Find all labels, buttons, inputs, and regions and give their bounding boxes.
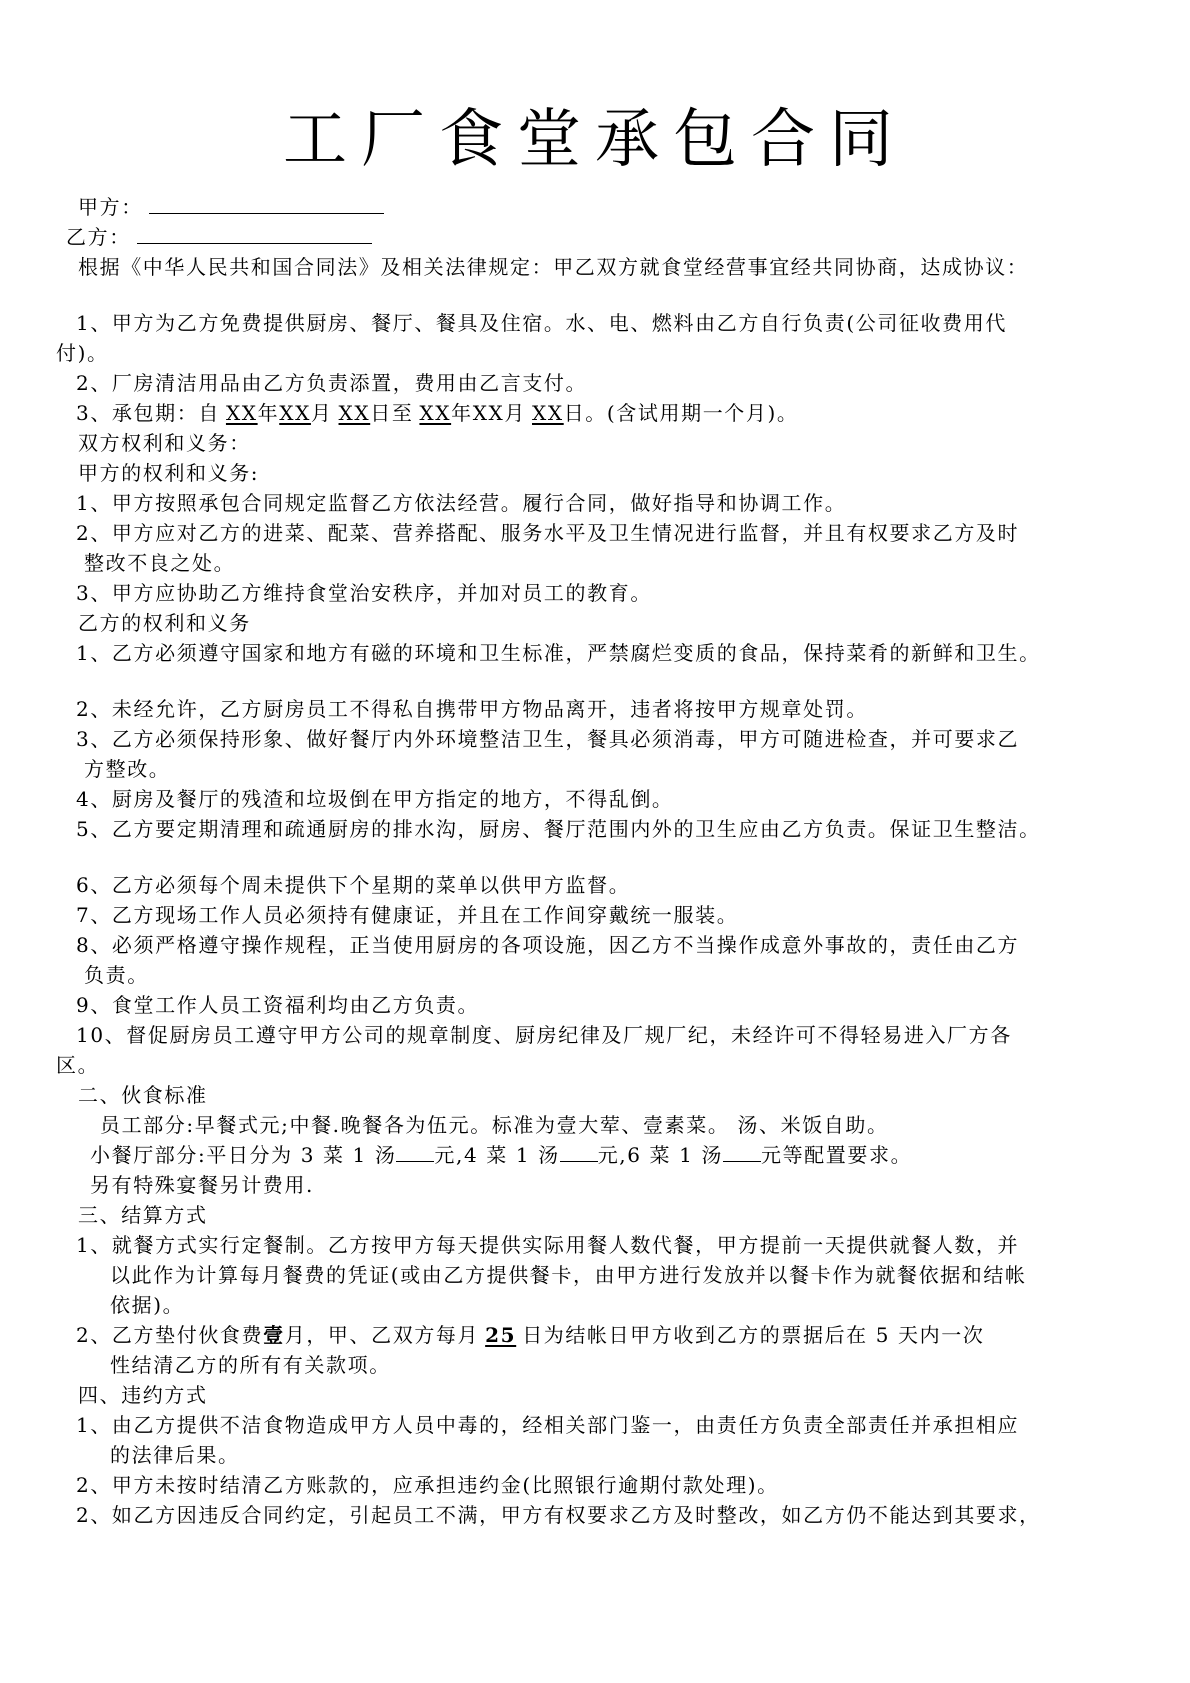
general-item-2: 2、厂房清洁用品由乙方负责添置，费用由乙言支付。 [76,368,587,398]
party-a-item-cont: 整改不良之处。 [84,548,235,578]
party-a-item: 2、甲方应对乙方的进菜、配菜、营养搭配、服务水平及卫生情况进行监督，并且有权要求… [76,518,1019,548]
small-hall-part: 元,4 菜 1 汤 [434,1143,559,1167]
party-b-item-cont: 负责。 [84,960,149,990]
party-b-item: 2、未经允许，乙方厨房员工不得私自携带甲方物品离开，违者将按甲方规章处罚。 [76,694,868,724]
advance-suffix: 日为结帐日甲方收到乙方的票据后在 5 天内一次 [522,1323,984,1347]
section-3-item-1-cont: 以此作为计算每月餐费的凭证(或由乙方提供餐卡，由甲方进行发放并以餐卡作为就餐依据… [110,1260,1027,1290]
contract-page: 工厂食堂承包合同 甲方： 乙方： 根据《中华人民共和国合同法》及相关法律规定：甲… [0,0,1190,1683]
party-b-item-cont: 区。 [56,1050,99,1080]
section-2-small-hall: 小餐厅部分:平日分为 3 菜 1 汤元,4 菜 1 汤元,6 菜 1 汤元等配置… [90,1140,912,1170]
to-text: 日至 [370,401,413,425]
rights-heading: 双方权利和义务： [78,428,251,458]
section-4-item-1: 1、由乙方提供不洁食物造成甲方人员中毒的，经相关部门鉴一，由责任方负责全部责任并… [76,1410,1019,1440]
document-title: 工厂食堂承包合同 [0,100,1190,180]
section-2-special: 另有特殊宴餐另计费用. [90,1170,314,1200]
start-day: XX [339,401,371,425]
section-3-item-2: 2、乙方垫付伙食费壹月，甲、乙双方每月25日为结帐日甲方收到乙方的票据后在 5 … [76,1320,984,1350]
year-char: 年 [451,401,473,425]
party-b-item: 5、乙方要定期清理和疏通厨房的排水沟，厨房、餐厅范围内外的卫生应由乙方负责。保证… [76,814,1041,844]
party-b-item: 9、食堂工作人员工资福利均由乙方负责。 [76,990,479,1020]
price-blank-3 [723,1143,761,1162]
section-4-heading: 四、违约方式 [78,1380,208,1410]
month-char: 月 [311,401,333,425]
end-day: XX [532,401,564,425]
year-char: 年 [258,401,280,425]
section-4-item-2: 2、甲方未按时结清乙方账款的，应承担违约金(比照银行逾期付款处理)。 [76,1470,779,1500]
party-b-item: 4、厨房及餐厅的残渣和垃圾倒在甲方指定的地方，不得乱倒。 [76,784,674,814]
end-year: XX [419,401,451,425]
party-b-item: 3、乙方必须保持形象、做好餐厅内外环境整洁卫生，餐具必须消毒，甲方可随进检查，并… [76,724,1019,754]
party-b-item: 10、督促厨房员工遵守甲方公司的规章制度、厨房纪律及厂规厂纪，未经许可不得轻易进… [76,1020,1012,1050]
section-3-item-1-cont: 依据)。 [110,1290,184,1320]
preamble: 根据《中华人民共和国合同法》及相关法律规定：甲乙双方就食堂经营事宜经共同协商，达… [78,252,1028,282]
party-b-item: 1、乙方必须遵守国家和地方有磁的环境和卫生标准，严禁腐烂变质的食品，保持菜肴的新… [76,638,1041,668]
section-2-staff: 员工部分:早餐式元;中餐.晚餐各为伍元。标准为壹大荤、壹素菜。 汤、米饭自助。 [100,1110,889,1140]
end-month: XX [473,401,505,425]
party-b-blank [137,225,372,244]
party-a-item: 3、甲方应协助乙方维持食堂治安秩序，并加对员工的教育。 [76,578,652,608]
section-3-heading: 三、结算方式 [78,1200,208,1230]
term-prefix: 3、承包期：自 [76,401,220,425]
party-b-item-cont: 方整改。 [84,754,170,784]
start-year: XX [226,401,258,425]
party-b-item: 8、必须严格遵守操作规程，正当使用厨房的各项设施，因乙方不当操作成意外事故的，责… [76,930,1019,960]
party-b-label: 乙方： [66,225,131,249]
section-4-item-3: 2、如乙方因违反合同约定，引起员工不满，甲方有权要求乙方及时整改，如乙方仍不能达… [76,1500,1041,1530]
start-month: XX [279,401,311,425]
billing-day: 25 [485,1323,516,1347]
party-b-line: 乙方： [66,222,372,252]
party-a-label: 甲方： [78,195,143,219]
advance-prefix: 2、乙方垫付伙食费 [76,1323,263,1347]
price-blank-1 [396,1143,434,1162]
party-b-item: 7、乙方现场工作人员必须持有健康证，并且在工作间穿戴统一服装。 [76,900,738,930]
advance-months: 壹 [263,1323,285,1347]
party-a-item: 1、甲方按照承包合同规定监督乙方依法经营。履行合同，做好指导和协调工作。 [76,488,846,518]
general-item-3: 3、承包期：自XX年XX月XX日至XX年XX月XX日。(含试用期一个月)。 [76,398,799,428]
small-hall-part: 元,6 菜 1 汤 [598,1143,723,1167]
section-2-heading: 二、伙食标准 [78,1080,208,1110]
small-hall-part: 元等配置要求。 [761,1143,912,1167]
price-blank-2 [560,1143,598,1162]
party-b-item: 6、乙方必须每个周未提供下个星期的菜单以供甲方监督。 [76,870,630,900]
general-item-1: 1、甲方为乙方免费提供厨房、餐厅、餐具及住宿。水、电、燃料由乙方自行负责(公司征… [76,308,1007,338]
advance-mid: 月，甲、乙双方每月 [285,1323,479,1347]
party-b-rights-heading: 乙方的权利和义务 [78,608,251,638]
party-a-blank [149,195,384,214]
section-3-item-2-cont: 性结清乙方的所有有关款项。 [110,1350,391,1380]
term-suffix: 日。(含试用期一个月)。 [564,401,799,425]
small-hall-part: 小餐厅部分:平日分为 3 菜 1 汤 [90,1143,396,1167]
party-a-line: 甲方： [78,192,384,222]
party-a-rights-heading: 甲方的权利和义务: [78,458,259,488]
section-4-item-1-cont: 的法律后果。 [110,1440,240,1470]
month-char: 月 [504,401,526,425]
section-3-item-1: 1、就餐方式实行定餐制。乙方按甲方每天提供实际用餐人数代餐，甲方提前一天提供就餐… [76,1230,1019,1260]
general-item-1-cont: 付)。 [56,338,109,368]
